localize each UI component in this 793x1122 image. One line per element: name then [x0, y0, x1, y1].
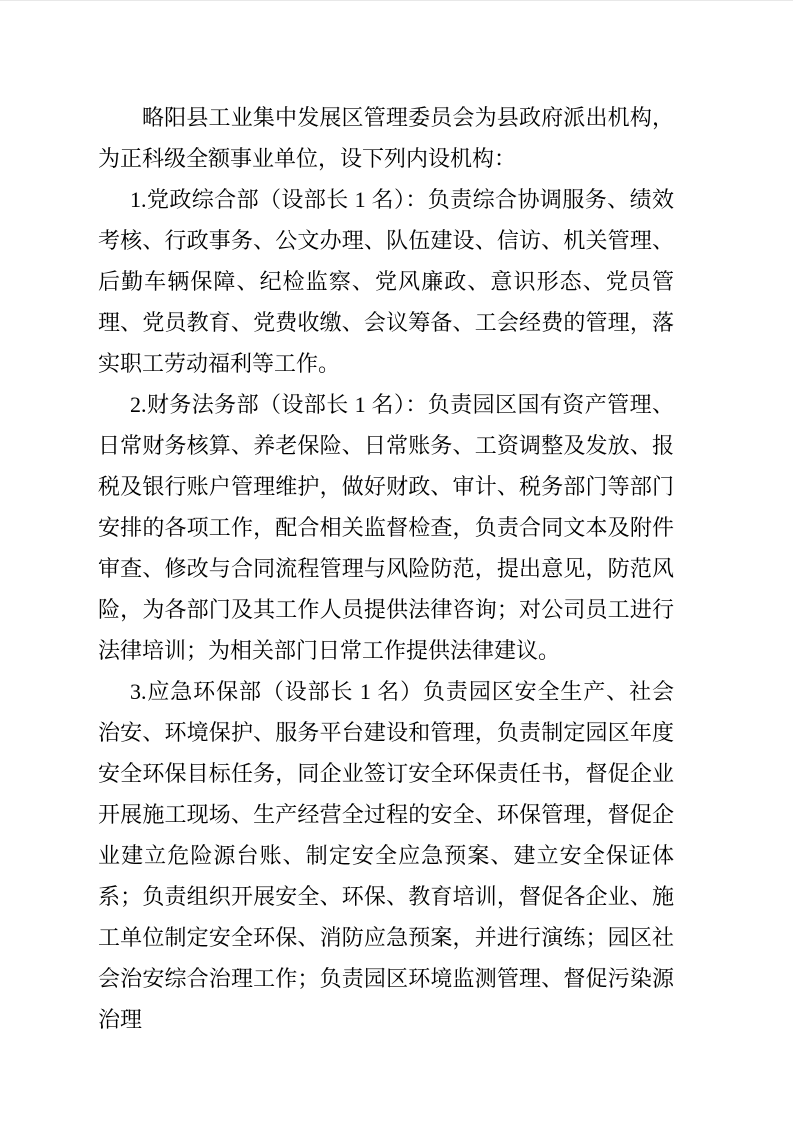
document-body: 略阳县工业集中发展区管理委员会为县政府派出机构，为正科级全额事业单位，设下列内设… — [98, 97, 674, 1040]
paragraph-dept-2-finance-legal: 2.财务法务部（设部长 1 名）：负责园区国有资产管理、日常财务核算、养老保险、… — [98, 384, 674, 671]
paragraph-dept-3-emergency-environment: 3.应急环保部（设部长 1 名）负责园区安全生产、社会治安、环境保护、服务平台建… — [98, 671, 674, 1040]
paragraph-intro: 略阳县工业集中发展区管理委员会为县政府派出机构，为正科级全额事业单位，设下列内设… — [98, 97, 674, 179]
document-page: 略阳县工业集中发展区管理委员会为县政府派出机构，为正科级全额事业单位，设下列内设… — [0, 0, 793, 1122]
paragraph-dept-1-party-affairs: 1.党政综合部（设部长 1 名）：负责综合协调服务、绩效考核、行政事务、公文办理… — [98, 179, 674, 384]
